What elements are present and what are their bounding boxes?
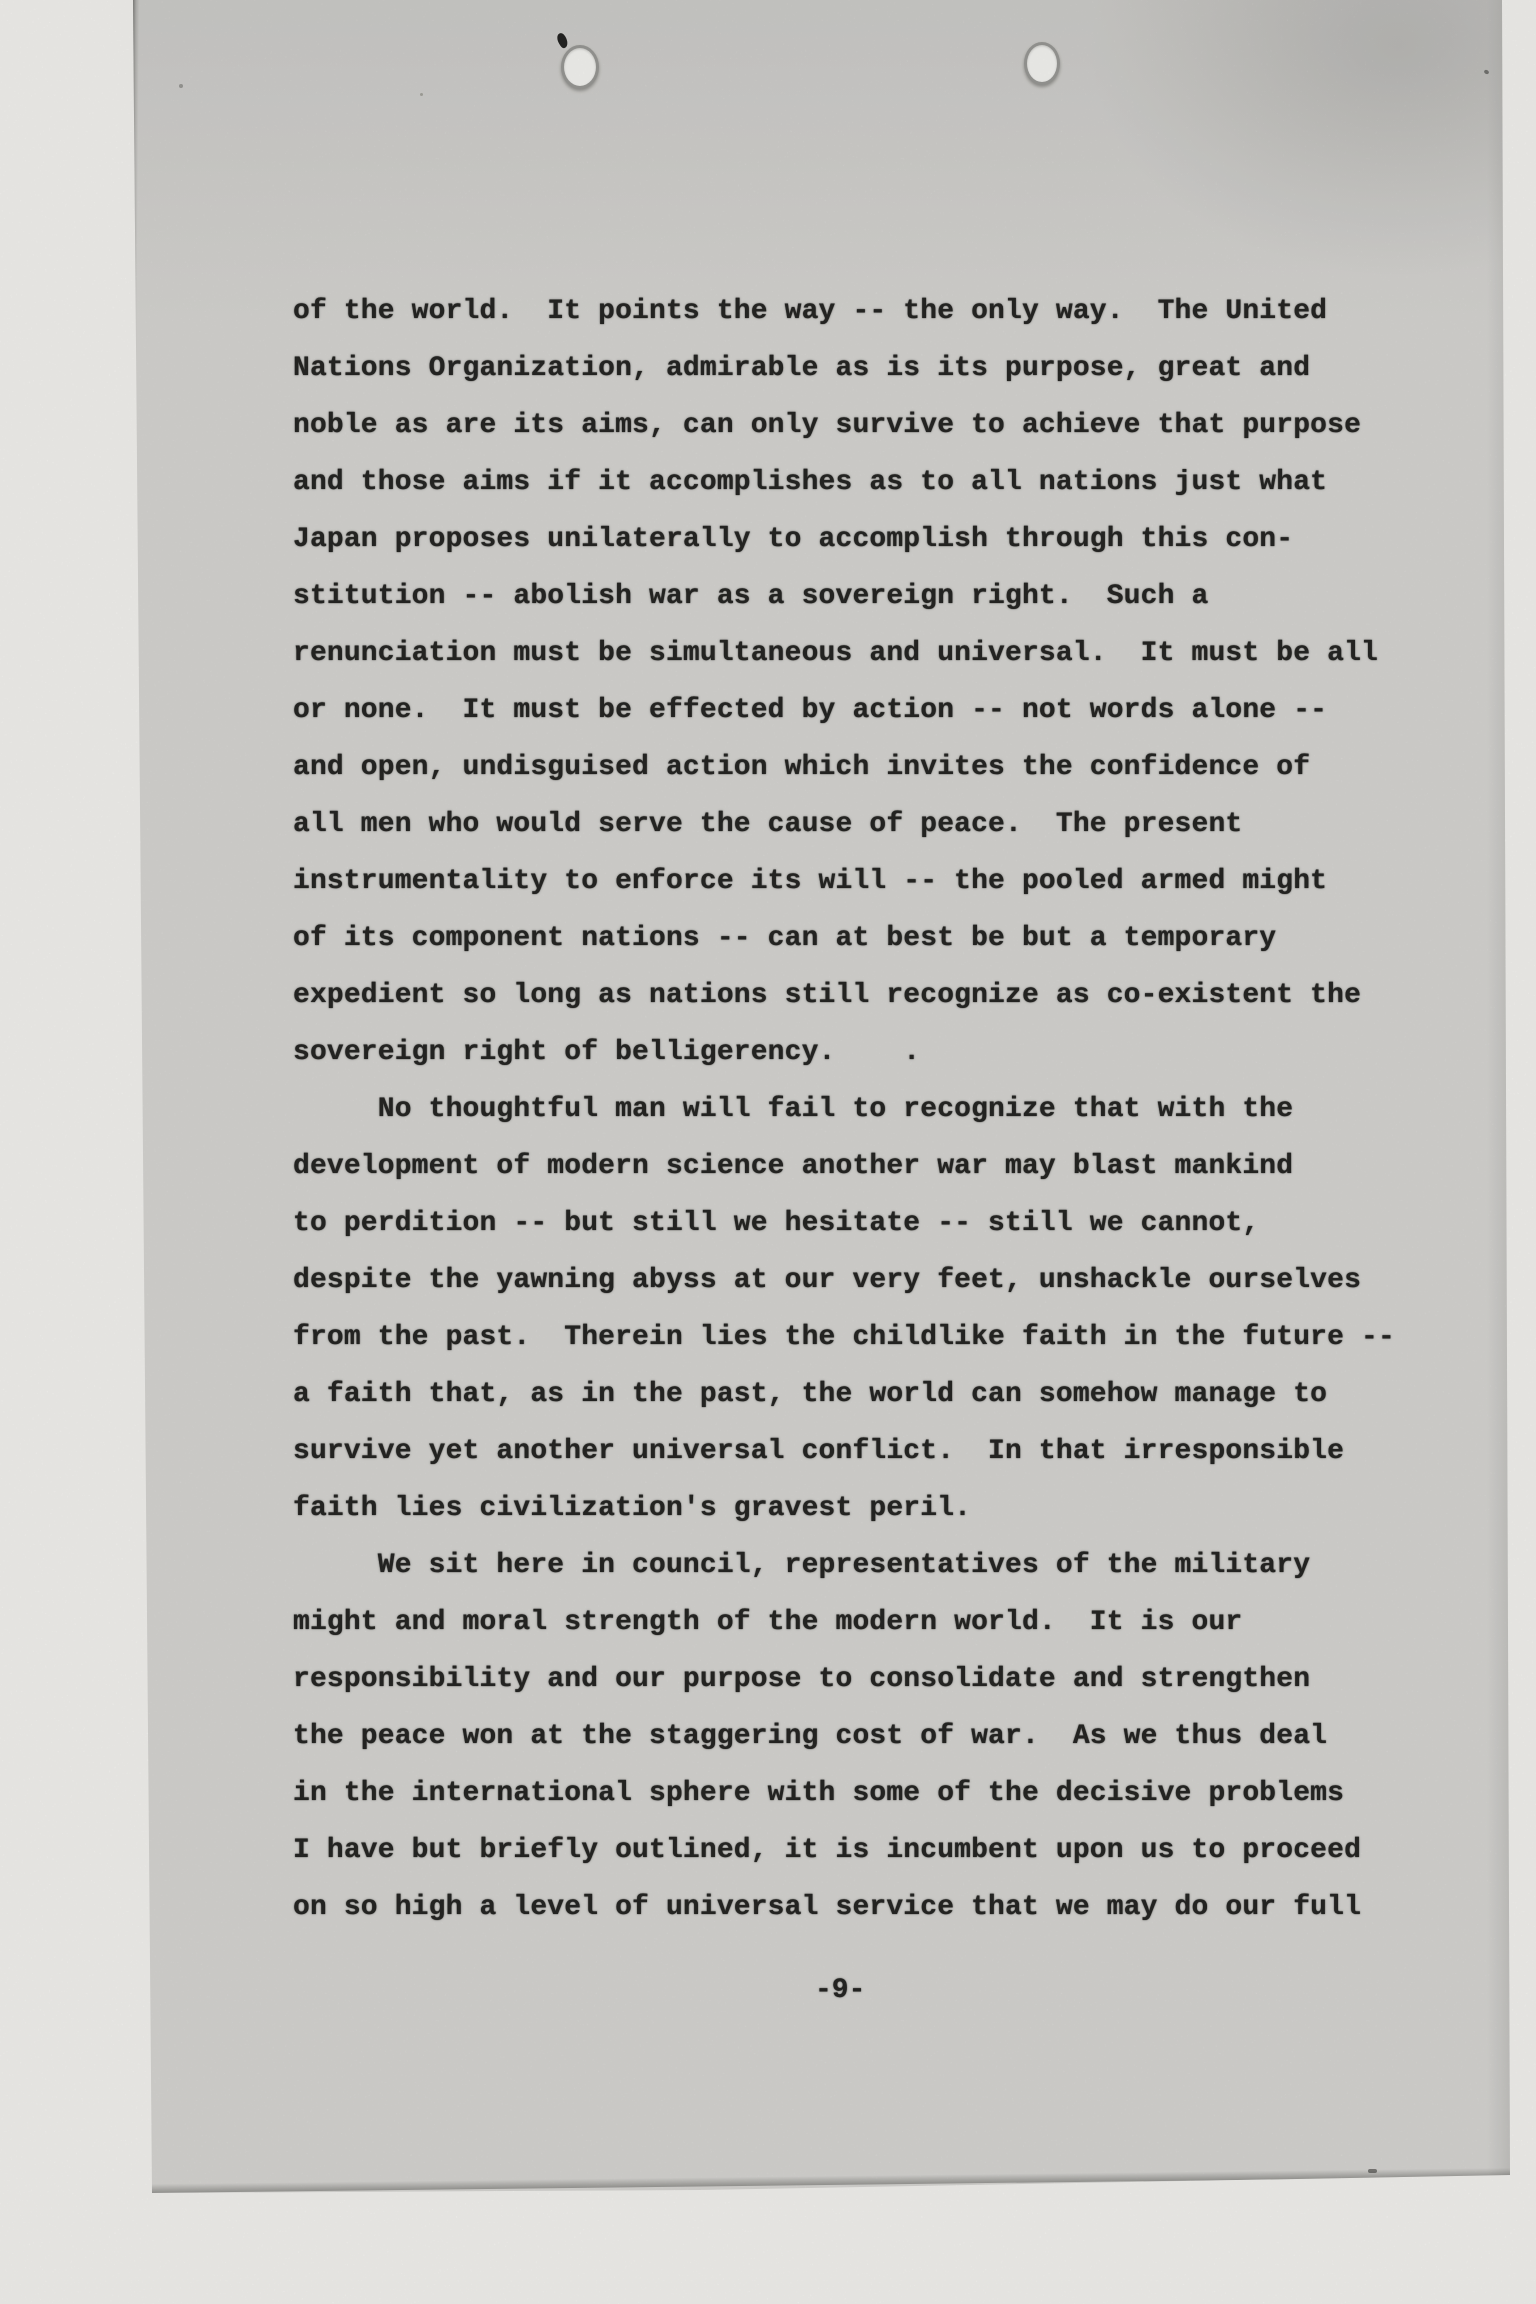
text-line: Japan proposes unilaterally to accomplis… bbox=[293, 511, 1413, 568]
text-line: sovereign right of belligerency. . bbox=[293, 1024, 1413, 1081]
text-line: noble as are its aims, can only survive … bbox=[293, 397, 1413, 454]
text-line: on so high a level of universal service … bbox=[293, 1879, 1413, 1936]
text-line: the peace won at the staggering cost of … bbox=[293, 1708, 1413, 1765]
text-line: of the world. It points the way -- the o… bbox=[293, 283, 1413, 340]
text-line: all men who would serve the cause of pea… bbox=[293, 796, 1413, 853]
text-line: from the past. Therein lies the childlik… bbox=[293, 1309, 1413, 1366]
text-line: faith lies civilization's gravest peril. bbox=[293, 1480, 1413, 1537]
page-left-edge-shadow bbox=[108, 0, 140, 2218]
text-line: survive yet another universal conflict. … bbox=[293, 1423, 1413, 1480]
text-line: to perdition -- but still we hesitate --… bbox=[293, 1195, 1413, 1252]
text-line: or none. It must be effected by action -… bbox=[293, 682, 1413, 739]
text-line: might and moral strength of the modern w… bbox=[293, 1594, 1413, 1651]
text-line: and those aims if it accomplishes as to … bbox=[293, 454, 1413, 511]
text-line: development of modern science another wa… bbox=[293, 1138, 1413, 1195]
paper-sheet: of the world. It points the way -- the o… bbox=[0, 0, 1536, 2304]
punch-hole-left bbox=[561, 45, 599, 89]
text-line: instrumentality to enforce its will -- t… bbox=[293, 853, 1413, 910]
page-number: -9- bbox=[815, 1962, 865, 2019]
scan-speck bbox=[420, 93, 423, 96]
text-line: stitution -- abolish war as a sovereign … bbox=[293, 568, 1413, 625]
text-line: a faith that, as in the past, the world … bbox=[293, 1366, 1413, 1423]
ink-mark bbox=[555, 32, 571, 49]
text-line: in the international sphere with some of… bbox=[293, 1765, 1413, 1822]
text-line: We sit here in council, representatives … bbox=[293, 1537, 1413, 1594]
scan-speck bbox=[1368, 2169, 1377, 2173]
document-text: of the world. It points the way -- the o… bbox=[293, 283, 1413, 1936]
text-line: No thoughtful man will fail to recognize… bbox=[293, 1081, 1413, 1138]
scan-speck bbox=[1483, 69, 1489, 75]
page-bottom-edge-shadow bbox=[148, 2168, 1513, 2193]
text-line: I have but briefly outlined, it is incum… bbox=[293, 1822, 1413, 1879]
text-line: renunciation must be simultaneous and un… bbox=[293, 625, 1413, 682]
scan-speck bbox=[179, 84, 183, 88]
text-line: and open, undisguised action which invit… bbox=[293, 739, 1413, 796]
text-line: despite the yawning abyss at our very fe… bbox=[293, 1252, 1413, 1309]
document-scan: of the world. It points the way -- the o… bbox=[0, 0, 1536, 2304]
text-line: expedient so long as nations still recog… bbox=[293, 967, 1413, 1024]
punch-hole-right bbox=[1024, 42, 1060, 85]
text-line: of its component nations -- can at best … bbox=[293, 910, 1413, 967]
text-line: responsibility and our purpose to consol… bbox=[293, 1651, 1413, 1708]
text-line: Nations Organization, admirable as is it… bbox=[293, 340, 1413, 397]
